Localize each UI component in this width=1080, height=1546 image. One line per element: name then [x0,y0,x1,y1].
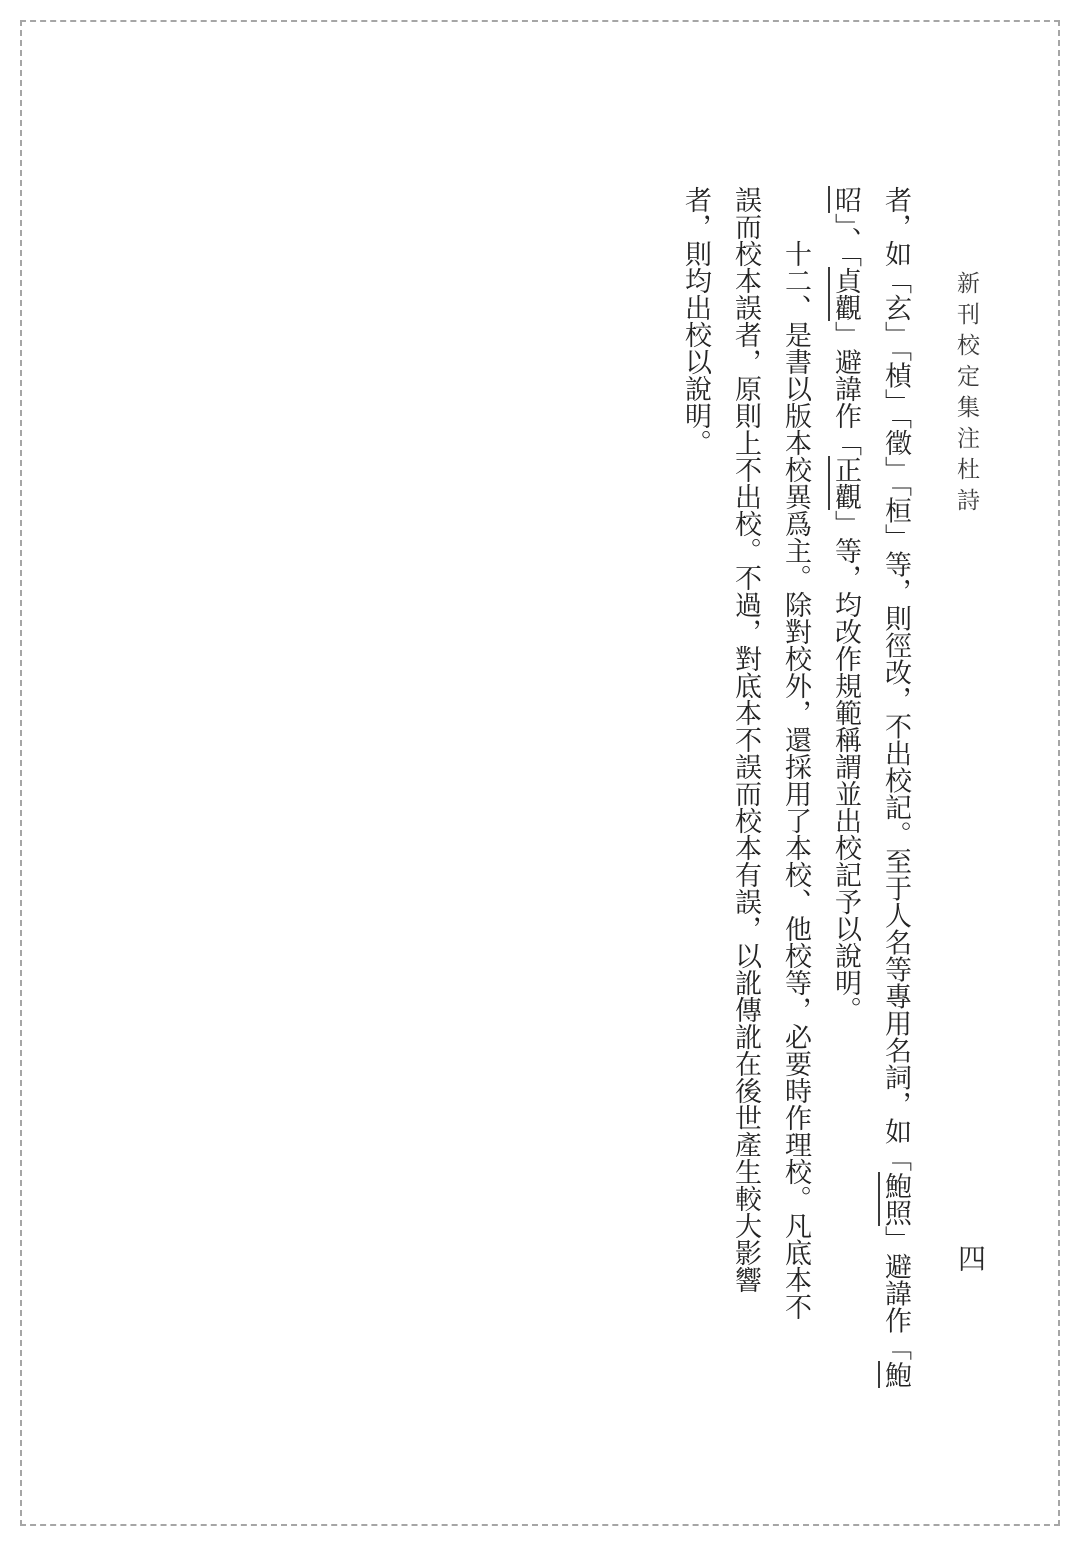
text-segment: 」避諱作「 [830,321,861,456]
text-column-5: 者，則均出校以說明。 [670,186,720,1466]
text-column-1: 者，如「玄」「楨」「徵」「桓」等，則徑改，不出校記。至于人名等專用名詞，如「鮑照… [870,186,920,1466]
proper-noun-marked-text: 正觀 [828,456,861,510]
proper-noun-marked-text: 鮑照 [878,1172,911,1226]
proper-noun-marked-text: 貞觀 [828,267,861,321]
text-segment: 者，則均出校以說明。 [680,186,711,456]
text-segment: 」避諱作「 [880,1226,911,1361]
text-segment: 」等，均改作規範稱謂並出校記予以說明。 [830,510,861,1023]
proper-noun-marked-text: 昭 [828,186,861,213]
text-column-4: 誤而校本誤者，原則上不出校。不過，對底本不誤而校本有誤，以訛傳訛在後世產生較大影… [720,186,770,1466]
main-text: 者，如「玄」「楨」「徵」「桓」等，則徑改，不出校記。至于人名等專用名詞，如「鮑照… [670,186,920,1466]
running-title: 新刊校定集注杜詩 [950,271,983,519]
text-segment: 誤而校本誤者，原則上不出校。不過，對底本不誤而校本有誤，以訛傳訛在後世產生較大影… [730,186,761,1293]
text-column-3: 十二、是書以版本校異爲主。除對校外，還採用了本校、他校等，必要時作理校。凡底本不 [770,186,820,1466]
text-column-2: 昭」、「貞觀」避諱作「正觀」等，均改作規範稱謂並出校記予以說明。 [820,186,870,1466]
page-number: 四 [950,1244,990,1272]
text-segment: 者，如「玄」「楨」「徵」「桓」等，則徑改，不出校記。至于人名等專用名詞，如「 [880,186,911,1172]
proper-noun-marked-text: 鮑 [878,1361,911,1388]
text-segment: 十二、是書以版本校異爲主。除對校外，還採用了本校、他校等，必要時作理校。凡底本不 [780,240,811,1320]
text-segment: 」、「 [830,213,861,267]
